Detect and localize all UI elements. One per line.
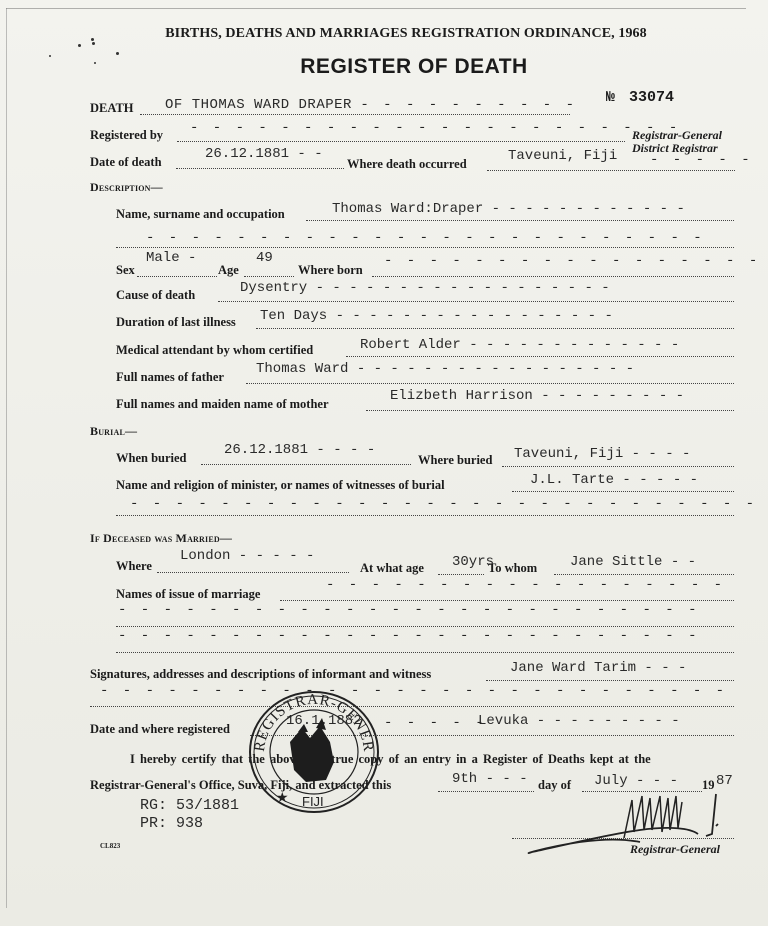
name-occupation-label: Name, surname and occupation (116, 207, 285, 222)
where-born-label: Where born (298, 263, 363, 278)
where-death-occurred-line (487, 170, 735, 171)
minister-line (512, 491, 734, 492)
description-heading: Description— (90, 180, 163, 195)
married-age-label: At what age (360, 561, 424, 576)
where-buried-label: Where buried (418, 453, 492, 468)
issue-line-1-value: - - - - - - - - - - - - - - - - - - (326, 577, 725, 593)
burial-heading: Burial— (90, 424, 137, 439)
married-heading: If Deceased was Married— (90, 531, 232, 546)
where-buried-line (502, 466, 734, 467)
svg-text:★: ★ (276, 791, 289, 806)
minister-value: J.L. Tarte - - - - - (530, 472, 698, 488)
when-buried-line (201, 464, 411, 465)
informant-line-2-value: - - - - - - - - - - - - - - - - - - - - … (100, 683, 727, 699)
married-where-value: London - - - - - (180, 548, 314, 564)
year-suffix: 87 (716, 773, 733, 789)
informant-line-2 (90, 706, 734, 707)
when-buried-label: When buried (116, 451, 187, 466)
ordinance-heading: BIRTHS, DEATHS AND MARRIAGES REGISTRATIO… (0, 26, 768, 42)
cause-of-death-line (218, 301, 734, 302)
page-title: REGISTER OF DEATH (0, 55, 768, 79)
informant-value: Jane Ward Tarim - - - (510, 660, 686, 676)
death-trailing: - - - - - - - - - - (360, 97, 577, 113)
certification-text-line-1: I hereby certify that the above is a tru… (130, 752, 651, 767)
rg-reference: RG: 53/1881 (140, 797, 239, 814)
duration-label: Duration of last illness (116, 315, 236, 330)
extract-month-value: July - - - (594, 773, 678, 789)
informant-line (486, 680, 734, 681)
medical-attendant-line (346, 356, 734, 357)
where-death-occurred-value: Taveuni, Fiji (508, 148, 617, 164)
issue-line-3 (116, 652, 734, 653)
ink-speck (78, 44, 81, 47)
number-label: № (606, 89, 615, 106)
date-of-death-value: 26.12.1881 - - (205, 146, 323, 162)
married-whom-label: To whom (488, 561, 537, 576)
death-value: OF THOMAS WARD DRAPER - - - - - - - - - … (165, 97, 577, 113)
ink-speck (92, 42, 95, 45)
sex-value: Male - (146, 250, 196, 266)
where-born-line (372, 276, 734, 277)
duration-line (256, 328, 734, 329)
issue-line (280, 600, 734, 601)
extract-day-value: 9th - - - (452, 771, 528, 787)
signatory-title: Registrar-General (630, 842, 720, 857)
sex-line (137, 276, 217, 277)
mother-line (366, 410, 734, 411)
date-of-death-label: Date of death (90, 155, 162, 170)
issue-label: Names of issue of marriage (116, 587, 260, 602)
where-death-occurred-trailing: - - - - - (650, 152, 753, 168)
name-occupation-line-2-value: - - - - - - - - - - - - - - - - - - - - … (146, 230, 705, 246)
sex-label: Sex (116, 263, 135, 278)
medical-attendant-value: Robert Alder - - - - - - - - - - - - - (360, 337, 679, 353)
minister-label: Name and religion of minister, or names … (116, 478, 445, 493)
document-page: BIRTHS, DEATHS AND MARRIAGES REGISTRATIO… (0, 0, 768, 926)
married-where-label: Where (116, 559, 152, 574)
minister-line-2 (116, 515, 734, 516)
register-number: № 33074 (606, 88, 674, 106)
registered-by-line (177, 141, 625, 142)
seal-emblem-icon: REGISTRAR-GENERAL ★ FIJI (246, 688, 382, 816)
age-label: Age (218, 263, 239, 278)
number-value: 33074 (629, 89, 674, 106)
page-border-top (6, 8, 746, 9)
age-value: 49 (256, 250, 273, 266)
pr-reference: PR: 938 (140, 815, 203, 832)
svg-text:FIJI: FIJI (302, 794, 324, 809)
name-occupation-line (306, 220, 734, 221)
registered-by-label: Registered by (90, 128, 163, 143)
name-occupation-value: Thomas Ward:Draper - - - - - - - - - - -… (332, 201, 685, 217)
father-line (246, 383, 734, 384)
registered-by-value: - - - - - - - - - - - - - - - - - - - - … (190, 120, 680, 136)
date-registered-dashes: - - - - - (384, 715, 487, 731)
death-label: DEATH (90, 101, 134, 116)
mother-value: Elizbeth Harrison - - - - - - - - - (390, 388, 684, 404)
married-where-line (157, 572, 349, 573)
informant-label: Signatures, addresses and descriptions o… (90, 667, 431, 682)
cause-of-death-label: Cause of death (116, 288, 195, 303)
where-born-value: - - - - - - - - - - - - - - - - - (384, 253, 760, 269)
date-of-death-line (176, 168, 344, 169)
where-buried-value: Taveuni, Fiji - - - - (514, 446, 690, 462)
issue-line-2 (116, 626, 734, 627)
page-border-left (6, 8, 7, 908)
when-buried-value: 26.12.1881 - - - - (224, 442, 375, 458)
minister-line-2-value: - - - - - - - - - - - - - - - - - - - - … (130, 496, 757, 512)
registrar-general-seal: REGISTRAR-GENERAL ★ FIJI (246, 688, 382, 816)
age-line (244, 276, 294, 277)
medical-attendant-label: Medical attendant by whom certified (116, 343, 313, 358)
place-registered-value: Levuka - - - - - - - - - (478, 713, 680, 729)
where-death-occurred-label: Where death occurred (347, 157, 467, 172)
name-occupation-line-2 (116, 247, 734, 248)
married-whom-line (554, 574, 734, 575)
father-value: Thomas Ward - - - - - - - - - - - - - - … (256, 361, 634, 377)
mother-label: Full names and maiden name of mother (116, 397, 329, 412)
issue-line-3-value: - - - - - - - - - - - - - - - - - - - - … (118, 628, 699, 644)
duration-value: Ten Days - - - - - - - - - - - - - - - -… (260, 308, 613, 324)
father-label: Full names of father (116, 370, 224, 385)
cause-of-death-value: Dysentry - - - - - - - - - - - - - - - -… (240, 280, 610, 296)
issue-line-2-value: - - - - - - - - - - - - - - - - - - - - … (118, 602, 699, 618)
form-code: CL823 (100, 842, 120, 850)
deceased-name: OF THOMAS WARD DRAPER (165, 97, 352, 113)
married-whom-value: Jane Sittle - - (570, 554, 696, 570)
married-age-line (438, 574, 484, 575)
date-registered-label: Date and where registered (90, 722, 230, 737)
death-line (140, 114, 570, 115)
